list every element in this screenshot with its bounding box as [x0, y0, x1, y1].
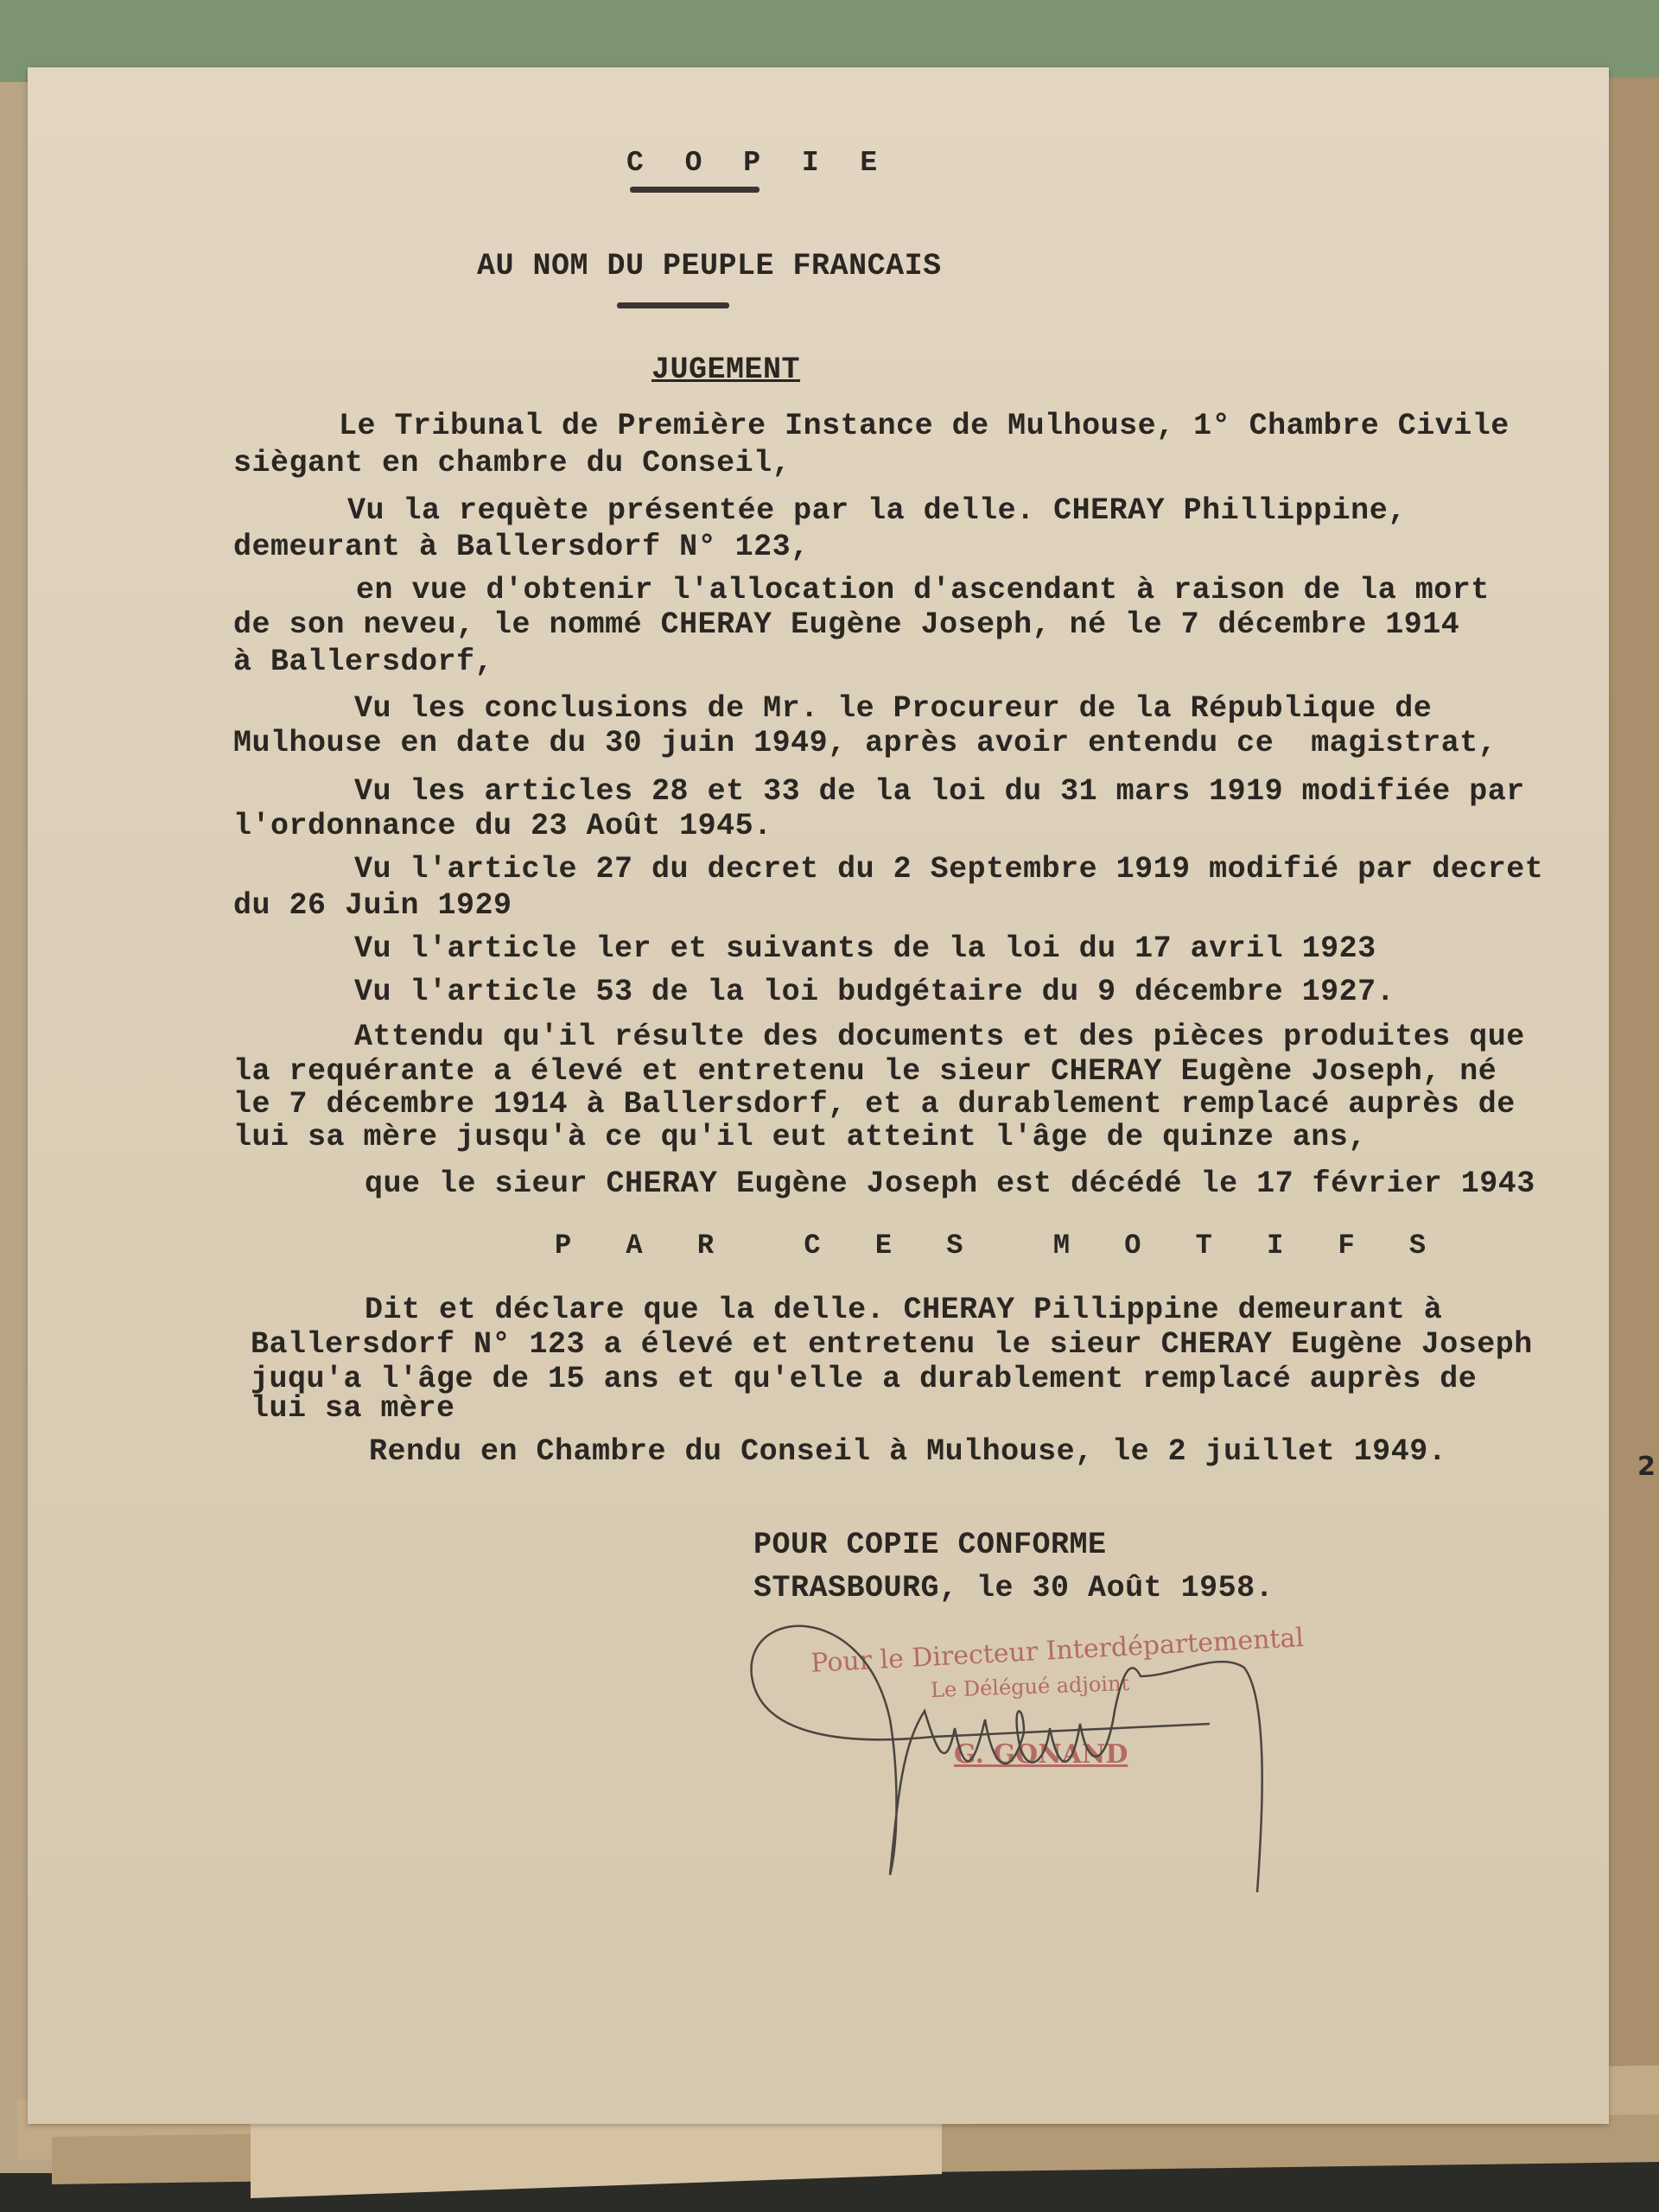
paragraph-line: Vu l'article ler et suivants de la loi d… — [354, 931, 1376, 966]
document-subheader: AU NOM DU PEUPLE FRANCAIS — [477, 249, 942, 283]
decision-line: Ballersdorf N° 123 a élevé et entretenu … — [251, 1327, 1533, 1362]
paragraph-line: Vu les conclusions de Mr. le Procureur d… — [354, 691, 1432, 726]
document-header: C O P I E — [626, 147, 889, 179]
paragraph-line: en vue d'obtenir l'allocation d'ascendan… — [356, 573, 1490, 607]
paragraph-line: Vu la requète présentée par la delle. CH… — [347, 493, 1407, 528]
decision-line: Dit et déclare que la delle. CHERAY Pill… — [365, 1293, 1442, 1327]
page-number: 2 — [1637, 1452, 1656, 1482]
paragraph-line: Le Tribunal de Première Instance de Mulh… — [339, 409, 1510, 443]
paragraph-line: Vu l'article 53 de la loi budgétaire du … — [354, 975, 1395, 1009]
paragraph-line: Vu l'article 27 du decret du 2 Septembre… — [354, 852, 1543, 887]
signature-icon — [726, 1616, 1417, 1892]
subheader-underline — [617, 302, 729, 308]
decision-line: Rendu en Chambre du Conseil à Mulhouse, … — [369, 1434, 1446, 1469]
paragraph-line: Vu les articles 28 et 33 de la loi du 31… — [354, 774, 1525, 809]
document-type: JUGEMENT — [652, 353, 800, 387]
paragraph-line: siègant en chambre du Conseil, — [233, 446, 791, 480]
motifs-heading: P A R C E S M O T I F S — [555, 1230, 1445, 1262]
paragraph-line: à Ballersdorf, — [233, 645, 493, 679]
decision-line: lui sa mère — [251, 1391, 455, 1426]
certification-date: STRASBOURG, le 30 Août 1958. — [753, 1571, 1274, 1605]
paragraph-line: l'ordonnance du 23 Août 1945. — [233, 809, 772, 843]
paragraph-line: lui sa mère jusqu'à ce qu'il eut atteint… — [233, 1120, 1367, 1154]
paragraph-line: la requérante a élevé et entretenu le si… — [233, 1054, 1497, 1089]
paragraph-line: du 26 Juin 1929 — [233, 888, 512, 923]
paragraph-line: que le sieur CHERAY Eugène Joseph est dé… — [365, 1166, 1535, 1201]
certification-line: POUR COPIE CONFORME — [753, 1528, 1107, 1562]
header-underline — [630, 187, 760, 193]
paper-stack-right — [1607, 78, 1659, 2134]
paragraph-line: Mulhouse en date du 30 juin 1949, après … — [233, 726, 1497, 760]
paragraph-line: le 7 décembre 1914 à Ballersdorf, et a d… — [233, 1087, 1516, 1122]
paragraph-line: Attendu qu'il résulte des documents et d… — [354, 1020, 1525, 1054]
paragraph-line: demeurant à Ballersdorf N° 123, — [233, 530, 810, 564]
paragraph-line: de son neveu, le nommé CHERAY Eugène Jos… — [233, 607, 1459, 642]
